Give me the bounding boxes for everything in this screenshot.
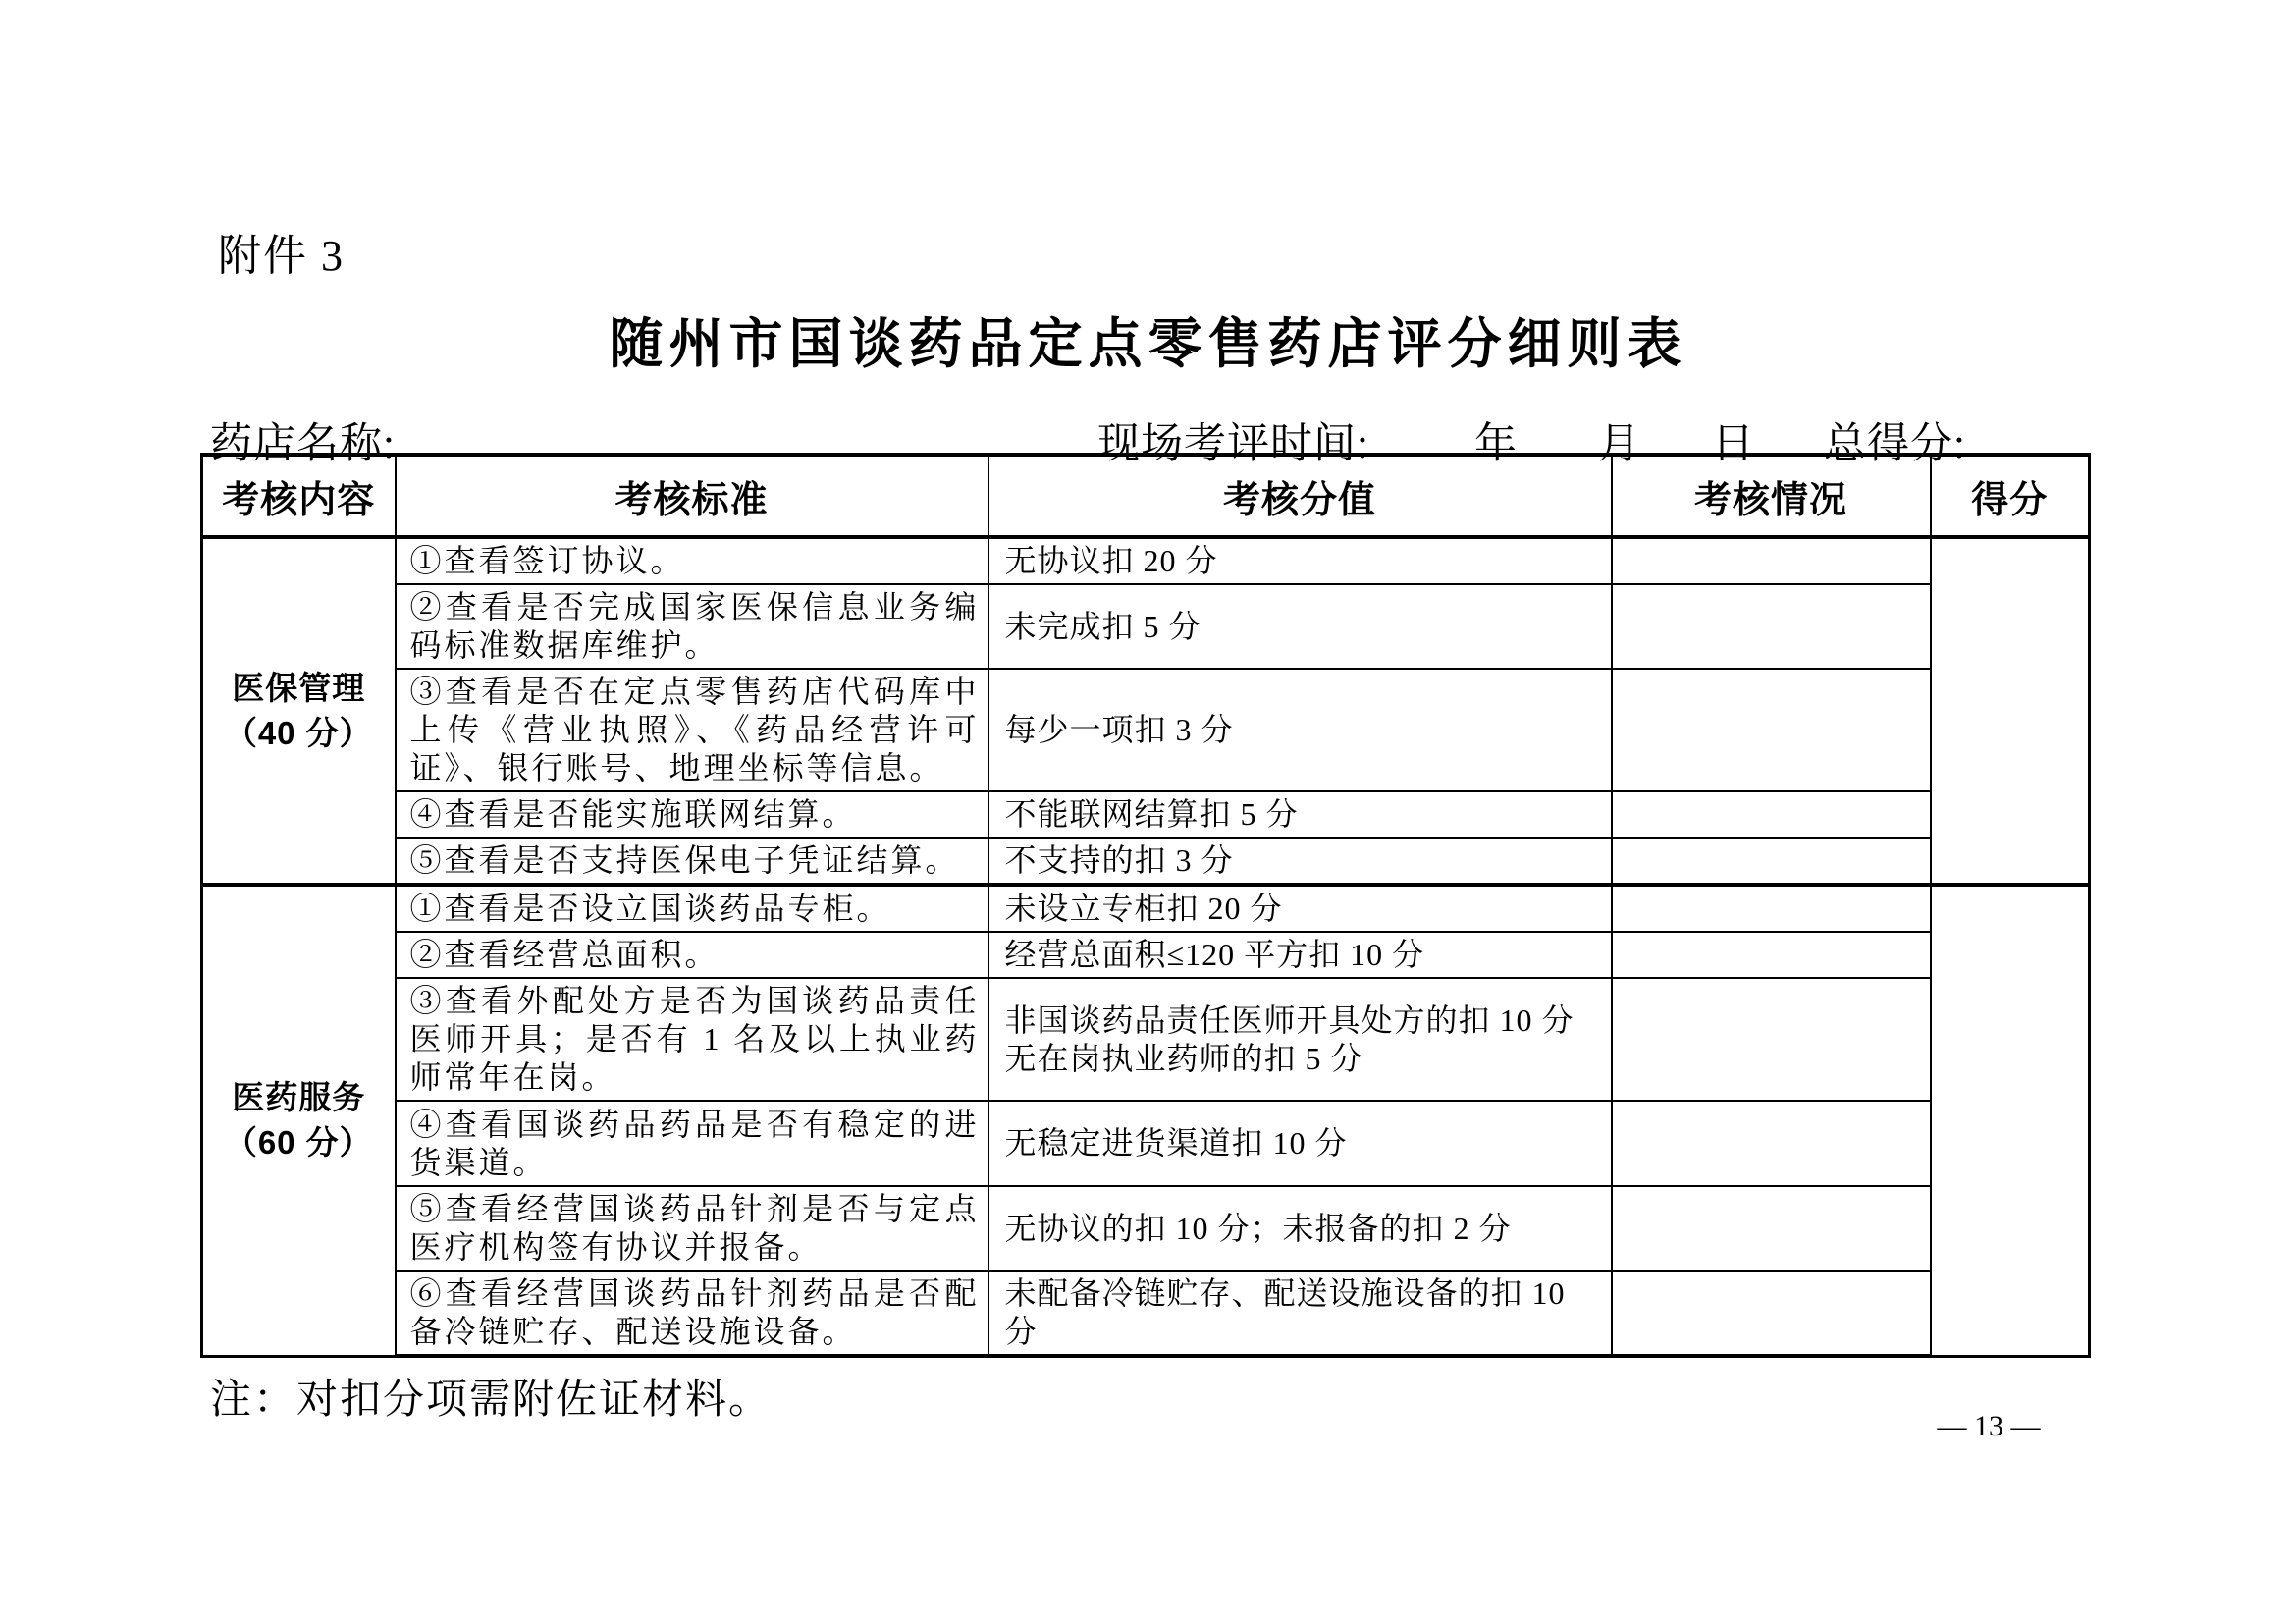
table-row: ②查看是否完成国家医保信息业务编码标准数据库维护。 未完成扣 5 分 bbox=[202, 584, 2090, 669]
situation-cell bbox=[1612, 885, 1931, 932]
footnote: 注：对扣分项需附佐证材料。 bbox=[210, 1367, 772, 1426]
situation-cell bbox=[1612, 669, 1931, 791]
scoring-table-wrap: 考核内容 考核标准 考核分值 考核情况 得分 医保管理 （40 分） ①查看签订… bbox=[200, 453, 2091, 1358]
value-cell: 不支持的扣 3 分 bbox=[988, 838, 1612, 885]
standard-cell: ①查看是否设立国谈药品专柜。 bbox=[396, 885, 988, 932]
category-name: 医药服务 bbox=[204, 1075, 394, 1120]
value-cell: 每少一项扣 3 分 bbox=[988, 669, 1612, 791]
table-row: ⑤查看经营国谈药品针剂是否与定点医疗机构签有协议并报备。 无协议的扣 10 分；… bbox=[202, 1186, 2090, 1271]
table-row: ③查看是否在定点零售药店代码库中上传《营业执照》、《药品经营许可证》、银行账号、… bbox=[202, 669, 2090, 791]
score-cell bbox=[1931, 537, 2090, 885]
table-row: ②查看经营总面积。 经营总面积≤120 平方扣 10 分 bbox=[202, 932, 2090, 978]
scoring-table: 考核内容 考核标准 考核分值 考核情况 得分 医保管理 （40 分） ①查看签订… bbox=[200, 453, 2091, 1358]
category-name: 医保管理 bbox=[204, 666, 394, 711]
standard-cell: ③查看是否在定点零售药店代码库中上传《营业执照》、《药品经营许可证》、银行账号、… bbox=[396, 669, 988, 791]
situation-cell bbox=[1612, 1101, 1931, 1186]
situation-cell bbox=[1612, 791, 1931, 838]
value-cell: 未设立专柜扣 20 分 bbox=[988, 885, 1612, 932]
page-number: — 13 — bbox=[1891, 1410, 2087, 1443]
value-cell: 不能联网结算扣 5 分 bbox=[988, 791, 1612, 838]
situation-cell bbox=[1612, 1271, 1931, 1356]
header-row: 考核内容 考核标准 考核分值 考核情况 得分 bbox=[202, 455, 2090, 537]
col-header-content: 考核内容 bbox=[202, 455, 396, 537]
standard-cell: ②查看经营总面积。 bbox=[396, 932, 988, 978]
standard-cell: ⑤查看是否支持医保电子凭证结算。 bbox=[396, 838, 988, 885]
situation-cell bbox=[1612, 1186, 1931, 1271]
situation-cell bbox=[1612, 932, 1931, 978]
table-row: ⑥查看经营国谈药品针剂药品是否配备冷链贮存、配送设施设备。 未配备冷链贮存、配送… bbox=[202, 1271, 2090, 1356]
col-header-situation: 考核情况 bbox=[1612, 455, 1931, 537]
col-header-standard: 考核标准 bbox=[396, 455, 988, 537]
table-row: ④查看国谈药品药品是否有稳定的进货渠道。 无稳定进货渠道扣 10 分 bbox=[202, 1101, 2090, 1186]
situation-cell bbox=[1612, 838, 1931, 885]
standard-cell: ⑥查看经营国谈药品针剂药品是否配备冷链贮存、配送设施设备。 bbox=[396, 1271, 988, 1356]
standard-cell: ②查看是否完成国家医保信息业务编码标准数据库维护。 bbox=[396, 584, 988, 669]
table-row: ④查看是否能实施联网结算。 不能联网结算扣 5 分 bbox=[202, 791, 2090, 838]
category-score: （40 分） bbox=[204, 711, 394, 756]
value-cell: 无稳定进货渠道扣 10 分 bbox=[988, 1101, 1612, 1186]
category-score: （60 分） bbox=[204, 1120, 394, 1165]
attachment-label: 附件 3 bbox=[218, 220, 345, 283]
col-header-score: 得分 bbox=[1931, 455, 2090, 537]
standard-cell: ⑤查看经营国谈药品针剂是否与定点医疗机构签有协议并报备。 bbox=[396, 1186, 988, 1271]
value-cell: 无协议的扣 10 分；未报备的扣 2 分 bbox=[988, 1186, 1612, 1271]
table-row: ⑤查看是否支持医保电子凭证结算。 不支持的扣 3 分 bbox=[202, 838, 2090, 885]
standard-cell: ③查看外配处方是否为国谈药品责任医师开具；是否有 1 名及以上执业药师常年在岗。 bbox=[396, 978, 988, 1101]
situation-cell bbox=[1612, 978, 1931, 1101]
score-cell bbox=[1931, 885, 2090, 1356]
value-cell: 未配备冷链贮存、配送设施设备的扣 10 分 bbox=[988, 1271, 1612, 1356]
category-cell: 医保管理 （40 分） bbox=[202, 537, 396, 885]
situation-cell bbox=[1612, 537, 1931, 584]
situation-cell bbox=[1612, 584, 1931, 669]
standard-cell: ①查看签订协议。 bbox=[396, 537, 988, 584]
standard-cell: ④查看是否能实施联网结算。 bbox=[396, 791, 988, 838]
document-page: 附件 3 随州市国谈药品定点零售药店评分细则表 药店名称: 现场考评时间: 年 … bbox=[0, 0, 2296, 1624]
value-cell: 无协议扣 20 分 bbox=[988, 537, 1612, 584]
table-row: 医药服务 （60 分） ①查看是否设立国谈药品专柜。 未设立专柜扣 20 分 bbox=[202, 885, 2090, 932]
table-row: 医保管理 （40 分） ①查看签订协议。 无协议扣 20 分 bbox=[202, 537, 2090, 584]
col-header-value: 考核分值 bbox=[988, 455, 1612, 537]
value-cell: 未完成扣 5 分 bbox=[988, 584, 1612, 669]
page-title: 随州市国谈药品定点零售药店评分细则表 bbox=[0, 300, 2296, 378]
value-cell: 经营总面积≤120 平方扣 10 分 bbox=[988, 932, 1612, 978]
category-cell: 医药服务 （60 分） bbox=[202, 885, 396, 1356]
value-cell: 非国谈药品责任医师开具处方的扣 10 分 无在岗执业药师的扣 5 分 bbox=[988, 978, 1612, 1101]
table-row: ③查看外配处方是否为国谈药品责任医师开具；是否有 1 名及以上执业药师常年在岗。… bbox=[202, 978, 2090, 1101]
standard-cell: ④查看国谈药品药品是否有稳定的进货渠道。 bbox=[396, 1101, 988, 1186]
